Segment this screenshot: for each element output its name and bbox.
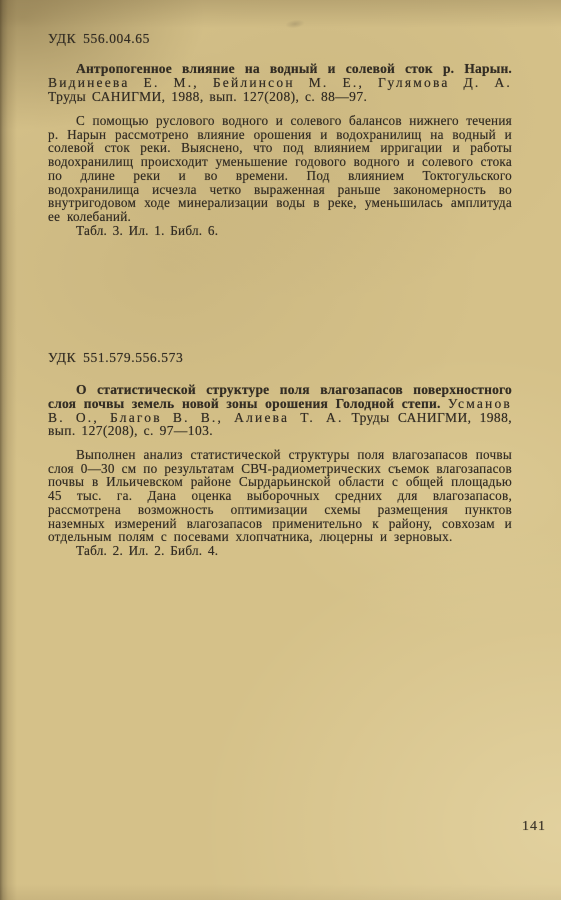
entry-1-source: Труды САНИГМИ, 1988, вып. 127(208), с. 8… — [48, 89, 367, 104]
page-number: 141 — [522, 819, 546, 835]
udc-code-1: УДК 556.004.65 — [48, 31, 150, 47]
entry-1-authors: Видинеева Е. М., Бейлинсон М. Е., Гулямо… — [48, 75, 512, 90]
entry-2-heading: О статистической структуре поля влагозап… — [48, 383, 512, 438]
entry-2-abstract-block: Выполнен анализ статистической структуры… — [48, 448, 512, 558]
entry-2-title: О статистической структуре поля влагозап… — [48, 382, 512, 411]
entry-2-abstract: Выполнен анализ статистической структуры… — [48, 448, 512, 544]
pencil-smudge — [277, 14, 313, 35]
entry-1-refs: Табл. 3. Ил. 1. Библ. 6. — [48, 224, 512, 238]
entry-1-heading: Антропогенное влияние на водный и солево… — [48, 62, 512, 103]
udc-code-2: УДК 551.579.556.573 — [48, 350, 183, 366]
entry-1-abstract-block: С помощью руслового водного и солевого б… — [48, 114, 512, 237]
entry-2-refs: Табл. 2. Ил. 2. Библ. 4. — [48, 544, 512, 558]
scanned-page: УДК 556.004.65 Антропогенное влияние на … — [0, 0, 561, 900]
entry-1-abstract: С помощью руслового водного и солевого б… — [48, 114, 512, 224]
entry-1-title: Антропогенное влияние на водный и солево… — [76, 61, 512, 76]
